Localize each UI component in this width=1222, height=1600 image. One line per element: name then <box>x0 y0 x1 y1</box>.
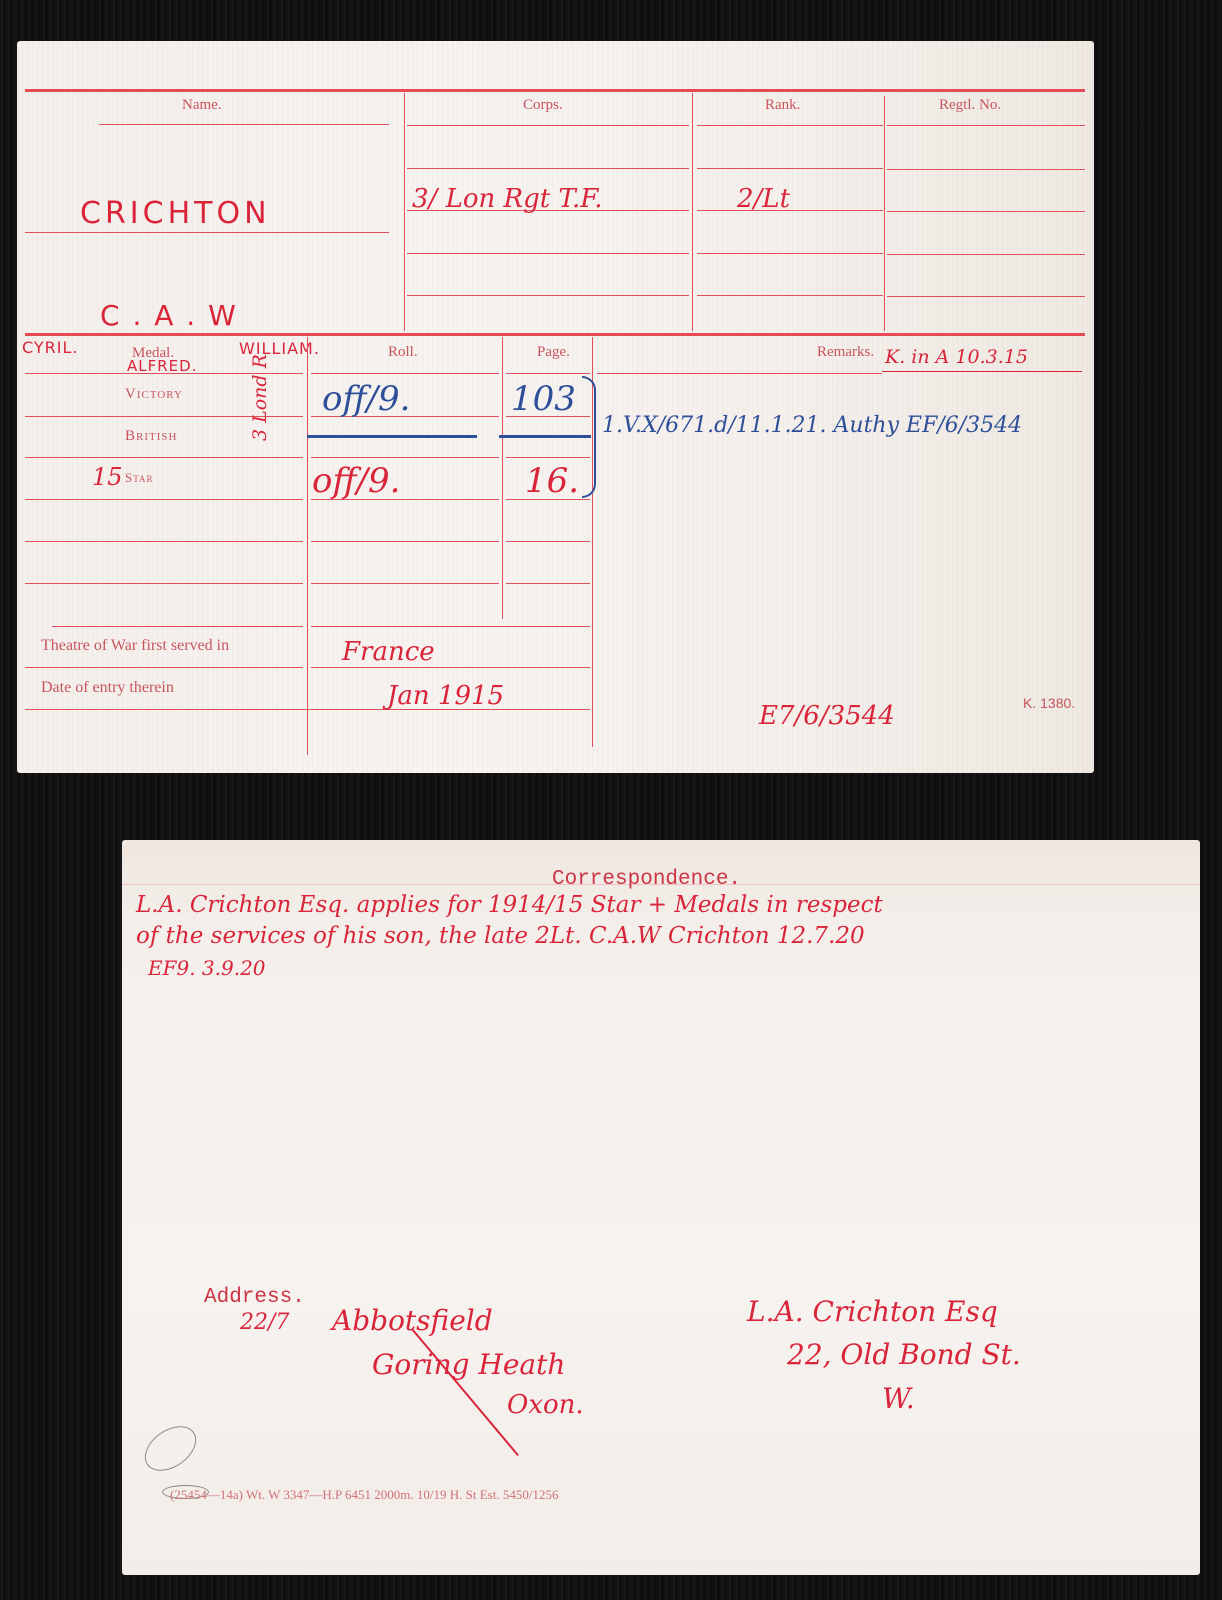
rule <box>25 709 590 710</box>
medal-index-card-front: Name. Corps. Rank. Regtl. No. CRICHTON C… <box>17 41 1094 773</box>
rule <box>311 457 499 458</box>
header-corps: Corps. <box>523 97 563 114</box>
new-address-line-1: L.A. Crichton Esq <box>747 1295 998 1328</box>
rule <box>407 125 689 126</box>
rule <box>25 667 303 668</box>
rule <box>506 373 590 374</box>
rule <box>697 168 883 169</box>
new-address-line-3: W. <box>882 1382 915 1415</box>
divider <box>884 96 885 331</box>
old-address-line-3: Oxon. <box>507 1390 584 1420</box>
pencil-mark <box>137 1417 205 1480</box>
header-name: Name. <box>182 97 222 114</box>
rule <box>25 583 303 584</box>
remarks-note: K. in A 10.3.15 <box>885 346 1028 368</box>
rule <box>407 253 689 254</box>
rule <box>506 583 590 584</box>
divider <box>692 93 693 331</box>
corps-value: 3/ Lon Rgt T.F. <box>412 184 602 214</box>
rule <box>311 626 590 627</box>
rule <box>25 541 303 542</box>
rule <box>506 541 590 542</box>
rule <box>25 232 389 233</box>
rule <box>882 371 1082 372</box>
bracket-note: 1.V.X/671.d/11.1.21. Authy EF/6/3544 <box>602 413 1022 438</box>
theatre-label: Theatre of War first served in <box>41 637 229 655</box>
divider <box>502 337 503 619</box>
header-remarks: Remarks. <box>817 344 874 361</box>
rule <box>25 457 303 458</box>
rule <box>25 89 1085 92</box>
rule <box>887 296 1085 297</box>
header-rank: Rank. <box>765 97 800 114</box>
correspondence-title: Correspondence. <box>552 868 741 891</box>
print-line: (25454—14a) Wt. W 3347—H.P 6451 2000m. 1… <box>170 1487 558 1503</box>
rule <box>407 168 689 169</box>
rule <box>887 254 1085 255</box>
divider <box>307 337 308 755</box>
bracket <box>582 376 596 498</box>
medal-british-label: British <box>125 428 177 445</box>
entry-date-value: Jan 1915 <box>387 681 504 711</box>
star-roll: off/9. <box>312 461 400 501</box>
medal-star-label: Star <box>125 470 154 486</box>
forename-1: CYRIL. <box>22 338 79 357</box>
form-number: K. 1380. <box>1023 695 1075 711</box>
old-address-line-2: Goring Heath <box>372 1348 565 1381</box>
medal-victory-label: Victory <box>125 386 183 403</box>
correspondence-line-3: EF9. 3.9.20 <box>148 956 266 980</box>
rule <box>887 211 1085 212</box>
rule <box>311 541 499 542</box>
address-label: Address. <box>204 1286 305 1309</box>
entry-date-label: Date of entry therein <box>41 679 174 697</box>
rule <box>887 169 1085 170</box>
initials: C . A . W <box>100 299 238 332</box>
rule <box>697 125 883 126</box>
rule <box>697 253 883 254</box>
star-prefix: 15 <box>92 463 123 491</box>
ditto-line-roll <box>307 435 477 438</box>
medal-index-card-back: Correspondence. L.A. Crichton Esq. appli… <box>122 840 1200 1575</box>
victory-roll: off/9. <box>322 379 410 419</box>
rule <box>597 373 882 374</box>
star-page: 16. <box>525 461 579 501</box>
rule <box>25 499 303 500</box>
correspondence-line-2: of the services of his son, the late 2Lt… <box>136 923 865 949</box>
header-roll: Roll. <box>388 344 418 361</box>
theatre-value: France <box>342 637 435 667</box>
vertical-note: 3 Lond R <box>249 354 271 441</box>
rule <box>407 295 689 296</box>
surname: CRICHTON <box>80 196 271 231</box>
address-date: 22/7 <box>240 1310 289 1335</box>
rule <box>25 333 1085 336</box>
header-page: Page. <box>537 344 570 361</box>
rule <box>887 125 1085 126</box>
header-regtl-no: Regtl. No. <box>939 97 1001 114</box>
rule <box>99 124 389 125</box>
rule <box>311 667 590 668</box>
rule <box>311 373 499 374</box>
ditto-line-page <box>499 435 591 438</box>
rank-value: 2/Lt <box>737 184 790 214</box>
rule <box>52 626 303 627</box>
divider <box>404 93 405 331</box>
rule <box>697 295 883 296</box>
footer-ref: E7/6/3544 <box>759 701 895 731</box>
rule <box>506 457 590 458</box>
new-address-line-2: 22, Old Bond St. <box>787 1338 1021 1371</box>
correspondence-line-1: L.A. Crichton Esq. applies for 1914/15 S… <box>136 892 883 918</box>
rule <box>311 583 499 584</box>
victory-page: 103 <box>511 379 576 419</box>
